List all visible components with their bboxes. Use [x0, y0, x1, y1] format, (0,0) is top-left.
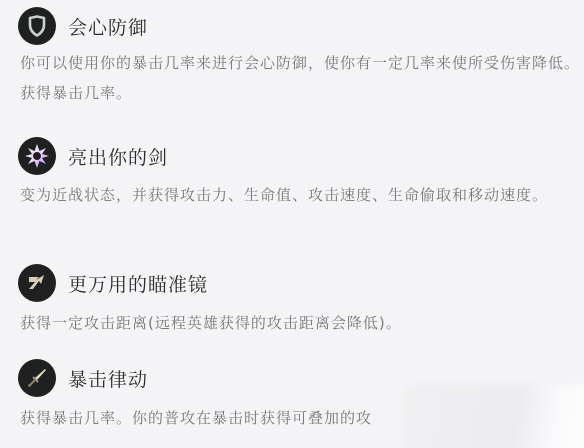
scope-arrow-icon	[18, 264, 56, 302]
entry-title: 暴击律动	[68, 365, 148, 392]
entry-title: 更万用的瞄准镜	[68, 270, 208, 297]
watermark-overlay	[405, 385, 584, 448]
entry-header: 更万用的瞄准镜	[18, 263, 208, 303]
entry-description: 你可以使用你的暴击几率来进行会心防御，使你有一定几率来使所受伤害降低。获得暴击几…	[20, 48, 580, 108]
entry-description: 获得一定攻击距离(远程英雄获得的攻击距离会降低)。	[20, 308, 580, 338]
entry-title: 会心防御	[68, 13, 148, 40]
entry-header: 暴击律动	[18, 358, 148, 398]
sword-icon	[18, 359, 56, 397]
entry-header: 亮出你的剑	[18, 136, 168, 176]
shield-icon	[18, 7, 56, 45]
entry-header: 会心防御	[18, 6, 148, 46]
entry-title: 亮出你的剑	[68, 143, 168, 170]
starburst-sword-icon	[18, 137, 56, 175]
entry-description: 变为近战状态，并获得攻击力、生命值、攻击速度、生命偷取和移动速度。	[20, 180, 580, 210]
